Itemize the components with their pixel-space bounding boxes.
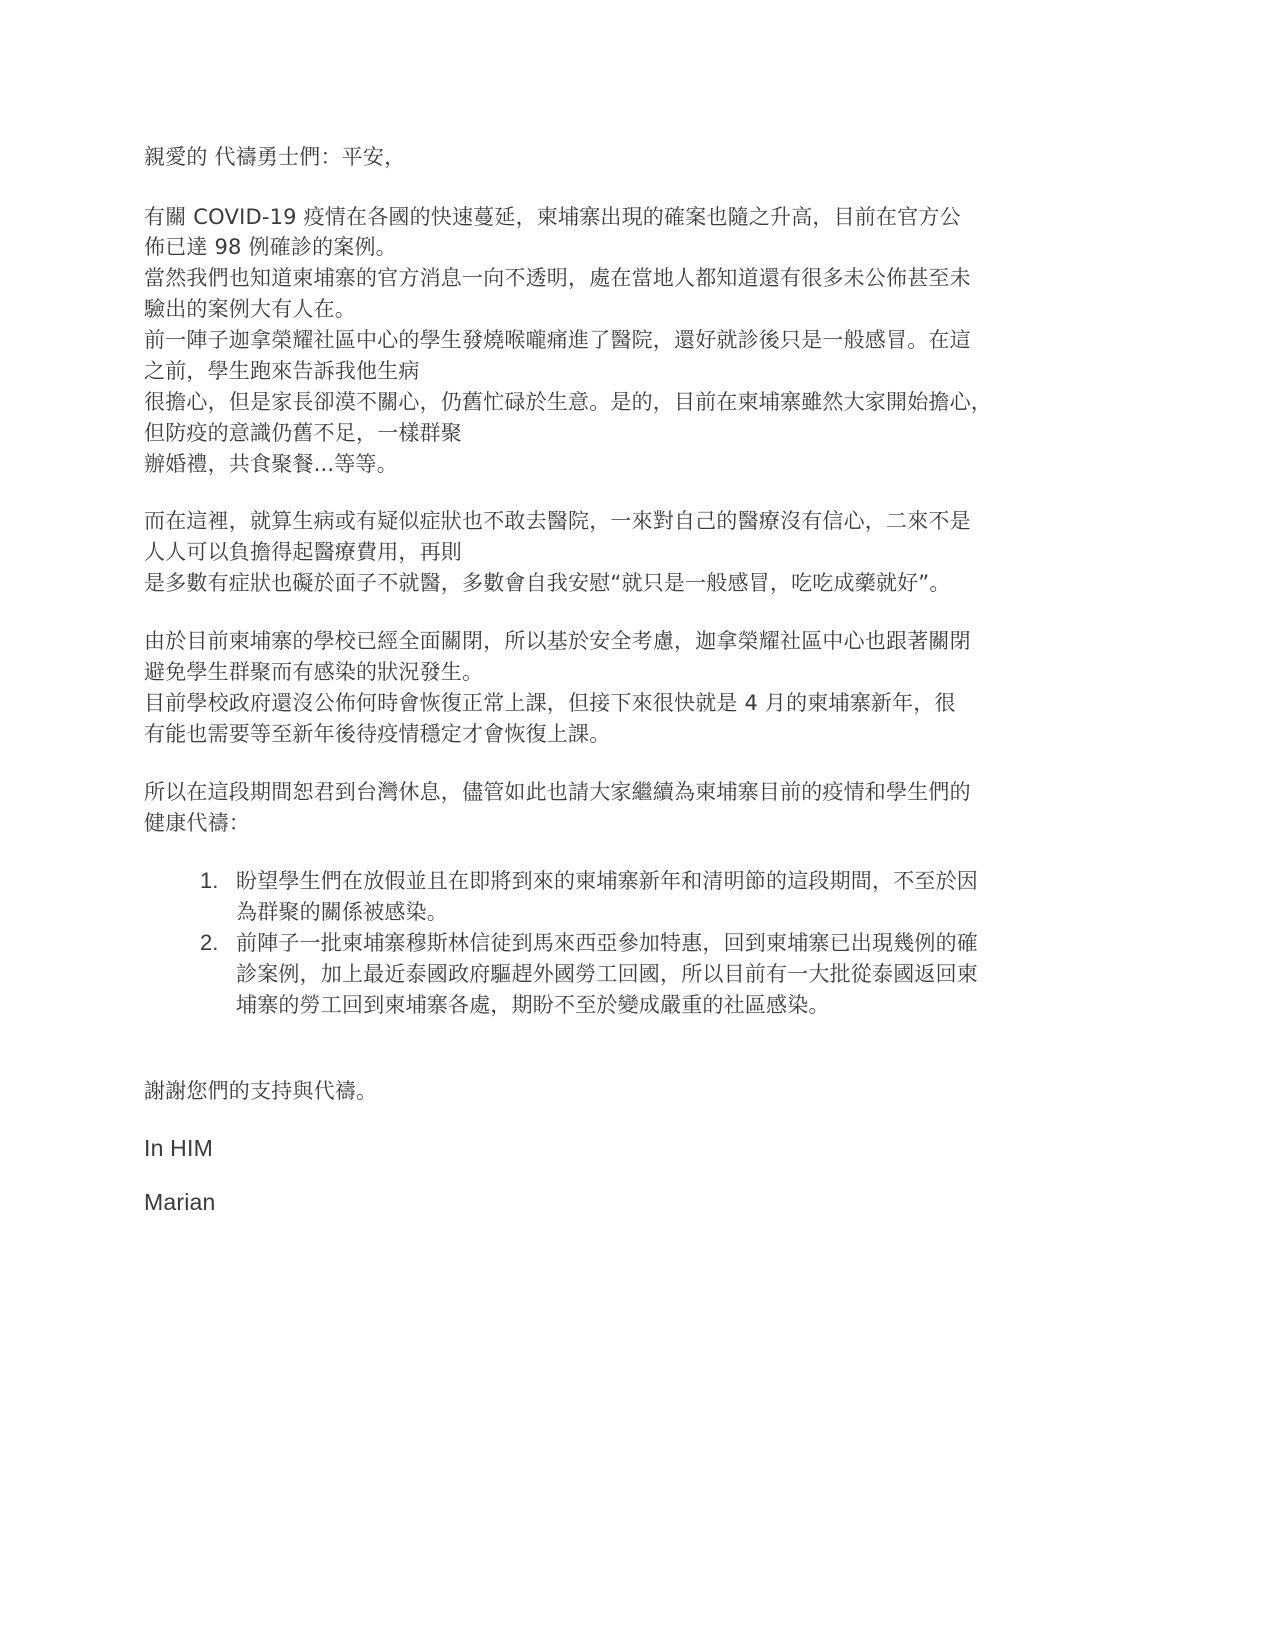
paragraph-4-line-1: 所以在這段期間恕君到台灣休息，儘管如此也請大家繼續為柬埔寨目前的疫情和學生們的 bbox=[144, 777, 971, 807]
paragraph-3-line-4: 有能也需要等至新年後待疫情穩定才會恢復上課。 bbox=[144, 719, 610, 749]
paragraph-2-line-3: 是多數有症狀也礙於面子不就醫，多數會自我安慰“就只是一般感冒，吃吃成藥就好”。 bbox=[144, 568, 951, 598]
thanks-line: 謝謝您們的支持與代禱。 bbox=[144, 1076, 377, 1106]
prayer-item-1-line-1: 盼望學生們在放假並且在即將到來的柬埔寨新年和清明節的這段期間，不至於因 bbox=[236, 866, 978, 896]
paragraph-3-line-1: 由於目前柬埔寨的學校已經全面關閉，所以基於安全考慮，迦拿榮耀社區中心也跟著關閉 bbox=[144, 626, 971, 656]
closing-line: In HIM bbox=[144, 1133, 213, 1163]
paragraph-3-line-2: 避免學生群聚而有感染的狀況發生。 bbox=[144, 657, 483, 687]
paragraph-1-line-5: 前一陣子迦拿榮耀社區中心的學生發燒喉嚨痛進了醫院，還好就診後只是一般感冒。在這 bbox=[144, 325, 971, 355]
paragraph-1-line-2: 佈已達 98 例確診的案例。 bbox=[144, 232, 397, 262]
prayer-item-2-line-2: 診案例，加上最近泰國政府驅趕外國勞工回國，所以目前有一大批從泰國返回柬 bbox=[236, 959, 978, 989]
document-page: 親愛的 代禱勇士們：平安， 有關 COVID-19 疫情在各國的快速蔓延，柬埔寨… bbox=[0, 0, 1275, 1650]
prayer-item-2-line-1: 前陣子一批柬埔寨穆斯林信徒到馬來西亞參加特惠，回到柬埔寨已出現幾例的確 bbox=[236, 928, 978, 958]
prayer-item-1-line-2: 為群聚的關係被感染。 bbox=[236, 897, 448, 927]
signature: Marian bbox=[144, 1187, 216, 1217]
paragraph-1-line-3: 當然我們也知道柬埔寨的官方消息一向不透明，處在當地人都知道還有很多未公佈甚至未 bbox=[144, 263, 971, 293]
paragraph-1-line-8: 但防疫的意識仍舊不足，一樣群聚 bbox=[144, 418, 462, 448]
paragraph-2-line-2: 人人可以負擔得起醫療費用，再則 bbox=[144, 537, 462, 567]
paragraph-3-line-3: 目前學校政府還沒公佈何時會恢復正常上課，但接下來很快就是 4 月的柬埔寨新年，很 bbox=[144, 688, 956, 718]
list-number: 2. bbox=[200, 928, 218, 958]
paragraph-2-line-1: 而在這裡，就算生病或有疑似症狀也不敢去醫院，一來對自己的醫療沒有信心，二來不是 bbox=[144, 506, 971, 536]
paragraph-1-line-7: 很擔心，但是家長卻漠不關心，仍舊忙碌於生意。是的，目前在柬埔寨雖然大家開始擔心， bbox=[144, 387, 992, 417]
paragraph-1-line-9: 辦婚禮，共食聚餐...等等。 bbox=[144, 449, 398, 479]
greeting: 親愛的 代禱勇士們：平安， bbox=[144, 142, 405, 172]
paragraph-1-line-6: 之前，學生跑來告訴我他生病 bbox=[144, 356, 420, 386]
prayer-item-2-line-3: 埔寨的勞工回到柬埔寨各處，期盼不至於變成嚴重的社區感染。 bbox=[236, 990, 830, 1020]
paragraph-1-line-4: 驗出的案例大有人在。 bbox=[144, 294, 356, 324]
paragraph-4-line-2: 健康代禱： bbox=[144, 808, 250, 838]
paragraph-1-line-1: 有關 COVID-19 疫情在各國的快速蔓延，柬埔寨出現的確案也隨之升高，目前在… bbox=[144, 202, 961, 232]
list-number: 1. bbox=[200, 866, 218, 896]
